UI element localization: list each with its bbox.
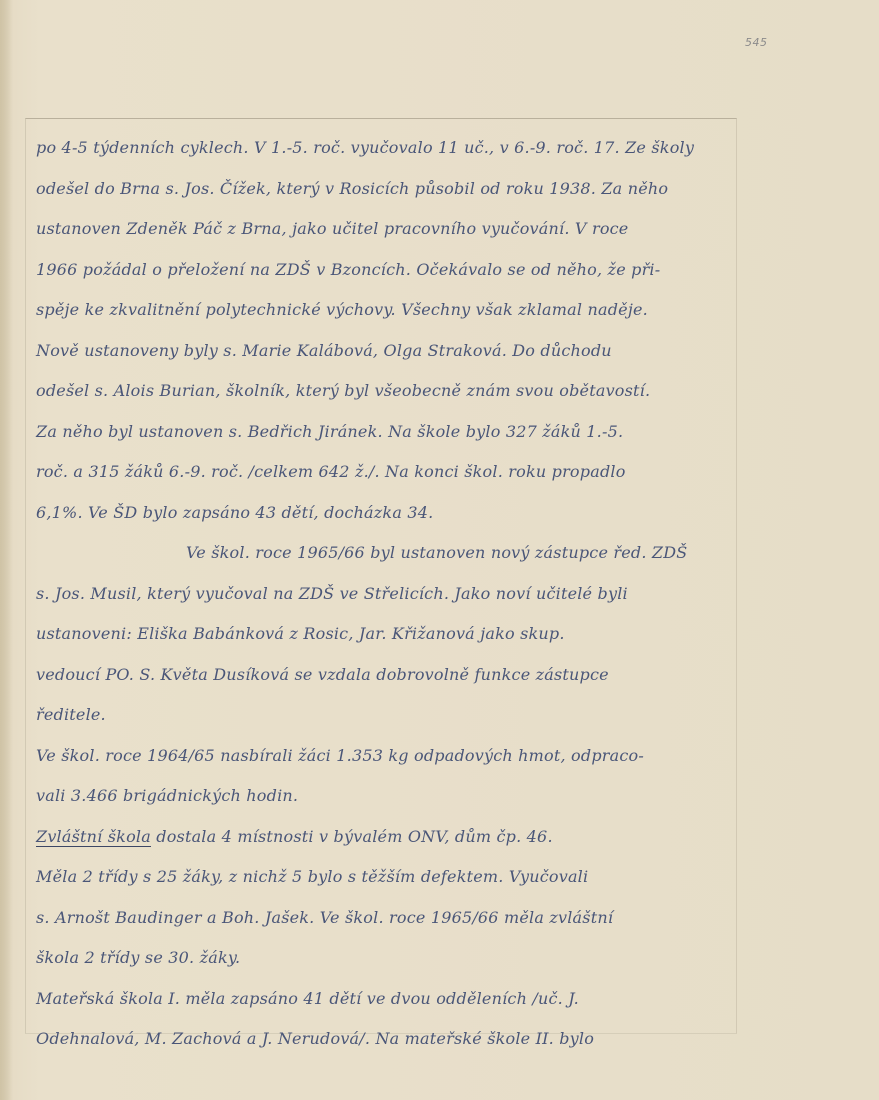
paragraph-start-line: Mateřská škola I. měla zapsáno 41 dětí v… xyxy=(36,979,756,1020)
section-heading-special-school: Zvláštní škola xyxy=(36,827,151,846)
text-line: 1966 požádal o přeložení na ZDŠ v Bzoncí… xyxy=(36,250,756,291)
paragraph-start-line: Ve škol. roce 1964/65 nasbírali žáci 1.3… xyxy=(36,736,756,777)
section-heading-line: Zvláštní škola dostala 4 místnosti v býv… xyxy=(36,817,756,858)
handwritten-text-block: po 4-5 týdenních cyklech. V 1.-5. roč. v… xyxy=(36,128,756,1060)
text-line: spěje ke zkvalitnění polytechnické výcho… xyxy=(36,290,756,331)
text-line: škola 2 třídy se 30. žáky. xyxy=(36,938,756,979)
text-line: vali 3.466 brigádnických hodin. xyxy=(36,776,756,817)
text-line: s. Arnošt Baudinger a Boh. Jašek. Ve ško… xyxy=(36,898,756,939)
paragraph-start-line: Ve škol. roce 1965/66 byl ustanoven nový… xyxy=(36,533,756,574)
text-line: Nově ustanoveny byly s. Marie Kalábová, … xyxy=(36,331,756,372)
text-line: ustanoveni: Eliška Babánková z Rosic, Ja… xyxy=(36,614,756,655)
text-line: vedoucí PO. S. Květa Dusíková se vzdala … xyxy=(36,655,756,696)
manuscript-page: 545 po 4-5 týdenních cyklech. V 1.-5. ro… xyxy=(0,0,879,1100)
text-line: 6,1%. Ve ŠD bylo zapsáno 43 dětí, docház… xyxy=(36,493,756,534)
text-line: roč. a 315 žáků 6.-9. roč. /celkem 642 ž… xyxy=(36,452,756,493)
text-line: s. Jos. Musil, který vyučoval na ZDŠ ve … xyxy=(36,574,756,615)
text-line: Odehnalová, M. Zachová a J. Nerudová/. N… xyxy=(36,1019,756,1060)
text-segment: dostala 4 místnosti v bývalém ONV, dům č… xyxy=(151,827,553,846)
text-line: odešel do Brna s. Jos. Čížek, který v Ro… xyxy=(36,169,756,210)
text-line: Za něho byl ustanoven s. Bedřich Jiránek… xyxy=(36,412,756,453)
page-number: 545 xyxy=(745,36,768,49)
text-line: Měla 2 třídy s 25 žáky, z nichž 5 bylo s… xyxy=(36,857,756,898)
text-line: odešel s. Alois Burian, školník, který b… xyxy=(36,371,756,412)
text-line: po 4-5 týdenních cyklech. V 1.-5. roč. v… xyxy=(36,128,756,169)
text-line: ustanoven Zdeněk Páč z Brna, jako učitel… xyxy=(36,209,756,250)
binding-shadow xyxy=(0,0,12,1100)
text-line: ředitele. xyxy=(36,695,756,736)
